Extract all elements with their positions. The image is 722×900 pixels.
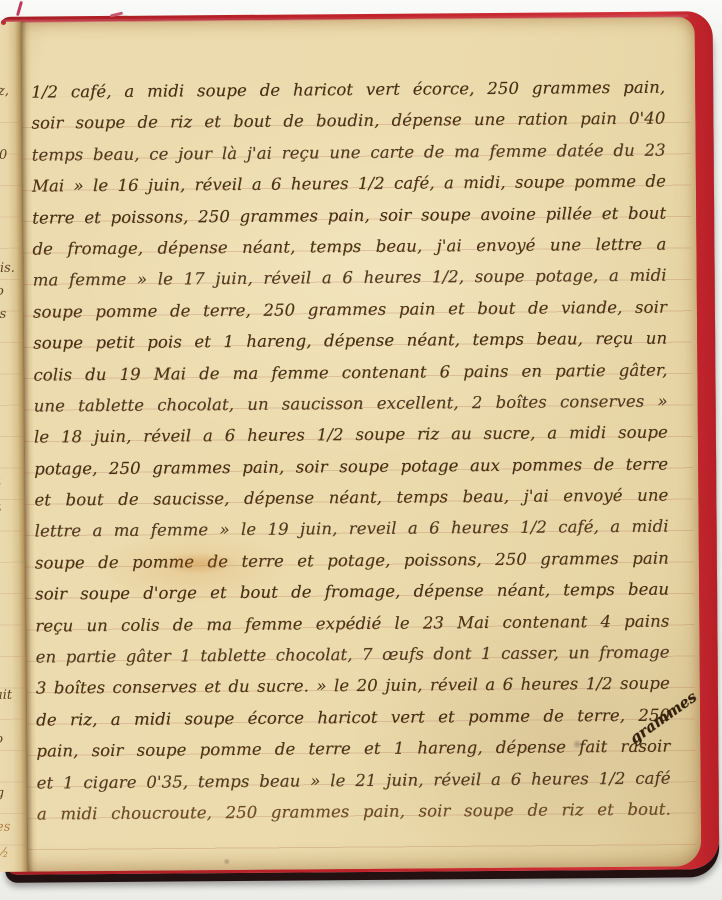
handwriting-line-4: Mai » le 16 juin, réveil a 6 heures 1/2 … — [32, 167, 666, 203]
margin-fragment: é — [0, 504, 1, 519]
margin-fragment: es — [0, 307, 6, 322]
handwriting-line-9: soupe petit pois et 1 hareng, dépense né… — [33, 324, 667, 360]
margin-fragment: 50 — [0, 148, 7, 163]
handwriting-line-18: reçu un colis de ma femme expédié le 23 … — [35, 606, 669, 642]
handwriting-line-7: ma femme » le 17 juin, réveil a 6 heures… — [33, 261, 667, 297]
margin-fragment: g — [0, 786, 4, 801]
handwriting-line-8: soupe pomme de terre, 250 grammes pain e… — [33, 292, 667, 328]
notebook: ez, 50 o s his. lo es é é ait o g es ½ 1… — [0, 9, 722, 887]
diary-page: ez, 50 o s his. lo es é é ait o g es ½ 1… — [0, 16, 701, 872]
handwriting-line-23: et 1 cigare 0'35, temps beau » le 21 jui… — [37, 763, 671, 799]
handwriting-line-15: lettre a ma femme » le 19 juin, reveil a… — [35, 512, 669, 548]
handwriting-block: 1/2 café, a midi soupe de haricot vert é… — [31, 73, 671, 831]
handwriting-line-20: 3 boîtes conserves et du sucre. » le 20 … — [36, 669, 670, 705]
handwriting-line-10: colis du 19 Mai de ma femme contenant 6 … — [33, 355, 667, 391]
handwriting-line-13: potage, 250 grammes pain, soir soupe pot… — [34, 449, 668, 485]
handwriting-line-1: 1/2 café, a midi soupe de haricot vert é… — [31, 73, 665, 109]
handwriting-line-21: de riz, a midi soupe écorce haricot vert… — [36, 700, 670, 736]
handwriting-line-5: terre et poissons, 250 grammes pain, soi… — [32, 198, 666, 234]
handwriting-line-19: en partie gâter 1 tablette chocolat, 7 œ… — [36, 638, 670, 674]
scanned-notebook-page: ez, 50 o s his. lo es é é ait o g es ½ 1… — [0, 0, 722, 900]
handwriting-line-12: le 18 juin, réveil a 6 heures 1/2 soupe … — [34, 418, 668, 454]
margin-fragment: ½ — [0, 846, 9, 861]
handwriting-line-3: temps beau, ce jour là j'ai reçu une car… — [32, 135, 666, 171]
margin-fragment: his. — [0, 261, 15, 276]
handwriting-line-16: soupe de pomme de terre et potage, poiss… — [35, 543, 669, 579]
margin-fragment: é — [0, 478, 1, 493]
handwriting-line-17: soir soupe d'orge et bout de fromage, dé… — [35, 575, 669, 611]
margin-fragment: ez, — [0, 84, 9, 99]
handwriting-line-6: de fromage, dépense néant, temps beau, j… — [32, 230, 666, 266]
margin-fragment: lo — [0, 284, 4, 299]
handwriting-line-22: pain, soir soupe pomme de terre et 1 har… — [36, 732, 670, 768]
margin-fragment: ait — [0, 688, 12, 703]
handwriting-line-24: a midi choucroute, 250 grammes pain, soi… — [37, 795, 671, 831]
handwriting-line-2: soir soupe de riz et bout de boudin, dép… — [31, 104, 665, 140]
handwriting-line-14: et bout de saucisse, dépense néant, temp… — [34, 481, 668, 517]
paper-stain — [223, 858, 230, 865]
handwriting-line-11: une tablette chocolat, un saucisson exce… — [34, 386, 668, 422]
margin-fragment: o — [0, 732, 3, 747]
margin-fragment: es — [0, 820, 10, 835]
red-edge-mark — [1, 20, 6, 25]
